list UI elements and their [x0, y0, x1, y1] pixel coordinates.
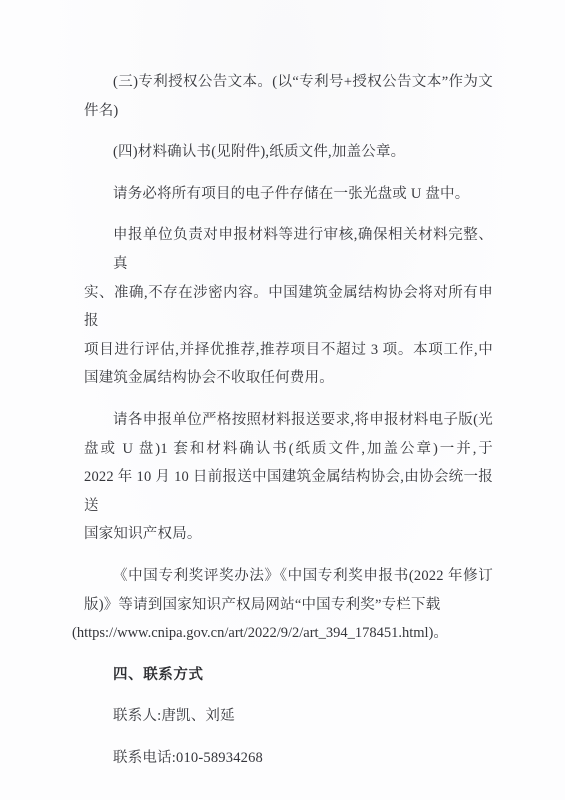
text-line: 请务必将所有项目的电子件存储在一张光盘或 U 盘中。	[84, 180, 493, 209]
paragraph-item-four: (四)材料确认书(见附件),纸质文件,加盖公章。	[84, 138, 493, 167]
paragraph-item-three: (三)专利授权公告文本。(以“专利号+授权公告文本”作为文 件名)	[84, 68, 493, 125]
section-heading-text: 四、联系方式	[84, 661, 493, 690]
contact-phone-text: 联系电话:010-58934268	[84, 744, 493, 773]
text-line: 件名)	[84, 97, 493, 126]
paragraph-storage-note: 请务必将所有项目的电子件存储在一张光盘或 U 盘中。	[84, 180, 493, 209]
document-body: (三)专利授权公告文本。(以“专利号+授权公告文本”作为文 件名) (四)材料确…	[84, 68, 493, 772]
section-heading-contact: 四、联系方式	[84, 661, 493, 690]
text-line: 实、准确,不存在涉密内容。中国建筑金属结构协会将对所有申报	[84, 279, 493, 336]
download-url-line: (https://www.cnipa.gov.cn/art/2022/9/2/a…	[72, 619, 493, 648]
contact-person-text: 联系人:唐凯、刘延	[84, 702, 493, 731]
text-line: 盘或 U 盘)1 套和材料确认书(纸质文件,加盖公章)一并,于	[84, 435, 493, 464]
text-line: 申报单位负责对申报材料等进行审核,确保相关材料完整、真	[84, 221, 493, 278]
paragraph-download: 《中国专利奖评奖办法》《中国专利奖申报书(2022 年修订 版)》等请到国家知识…	[84, 562, 493, 648]
text-line: (三)专利授权公告文本。(以“专利号+授权公告文本”作为文	[84, 68, 493, 97]
contact-person-row: 联系人:唐凯、刘延	[84, 702, 493, 731]
text-line: (四)材料确认书(见附件),纸质文件,加盖公章。	[84, 138, 493, 167]
scanned-document-page: (三)专利授权公告文本。(以“专利号+授权公告文本”作为文 件名) (四)材料确…	[0, 0, 565, 800]
text-line: 《中国专利奖评奖办法》《中国专利奖申报书(2022 年修订	[84, 562, 493, 591]
text-line: 版)》等请到国家知识产权局网站“中国专利奖”专栏下载	[84, 591, 493, 620]
text-line: 国家知识产权局。	[84, 520, 493, 549]
text-line: 项目进行评估,并择优推荐,推荐项目不超过 3 项。本项工作,中	[84, 336, 493, 365]
paragraph-submission: 请各申报单位严格按照材料报送要求,将申报材料电子版(光 盘或 U 盘)1 套和材…	[84, 406, 493, 549]
text-line: 2022 年 10 月 10 日前报送中国建筑金属结构协会,由协会统一报送	[84, 463, 493, 520]
text-line: 请各申报单位严格按照材料报送要求,将申报材料电子版(光	[84, 406, 493, 435]
text-line: 国建筑金属结构协会不收取任何费用。	[84, 364, 493, 393]
paragraph-review: 申报单位负责对申报材料等进行审核,确保相关材料完整、真 实、准确,不存在涉密内容…	[84, 221, 493, 393]
contact-phone-row: 联系电话:010-58934268	[84, 744, 493, 773]
